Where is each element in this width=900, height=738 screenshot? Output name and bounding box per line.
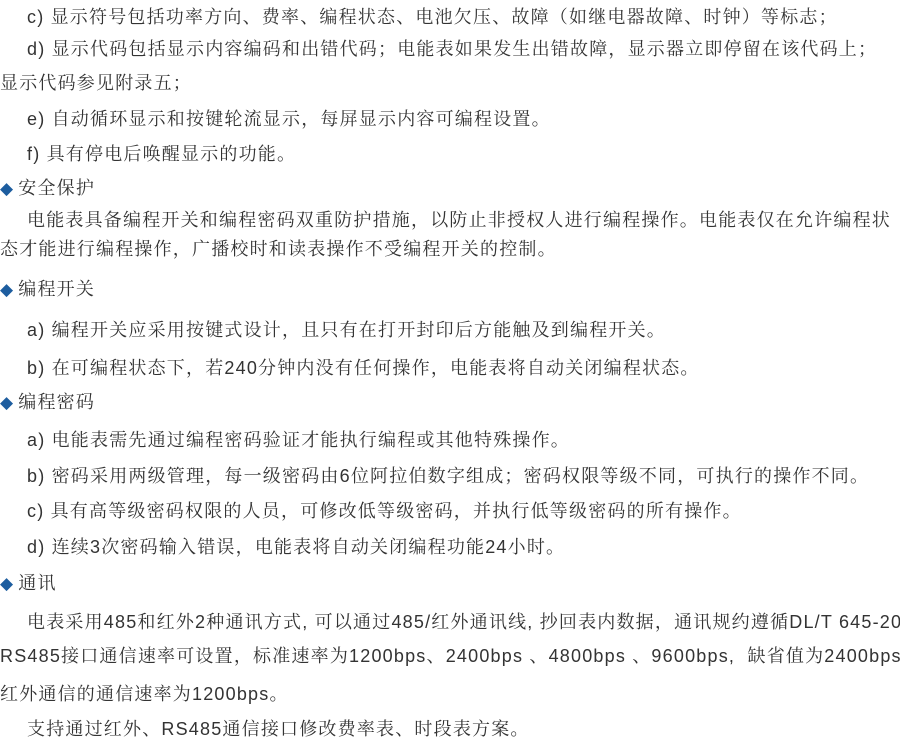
text-line: d) 连续3次密码输入错误，电能表将自动关闭编程功能24小时。 (0, 535, 900, 559)
diamond-bullet-icon: ◆ (0, 393, 14, 412)
text-line-content: d) 显示代码包括显示内容编码和出错代码；电能表如果发生出错故障，显示器立即停留… (27, 39, 877, 59)
text-line-content: b) 在可编程状态下，若240分钟内没有任何操作，电能表将自动关闭编程状态。 (27, 358, 700, 378)
text-line-content: 支持通过红外、RS485通信接口修改费率表、时段表方案。 (27, 719, 530, 738)
text-line: b) 密码采用两级管理，每一级密码由6位阿拉伯数字组成；密码权限等级不同，可执行… (0, 464, 900, 488)
diamond-bullet-icon: ◆ (0, 280, 14, 299)
text-line: 电表采用485和红外2种通讯方式, 可以通过485/红外通讯线, 抄回表内数据，… (0, 610, 900, 634)
text-line-content: c) 显示符号包括功率方向、费率、编程状态、电池欠压、故障（如继电器故障、时钟）… (27, 7, 838, 27)
text-line-content: a) 编程开关应采用按键式设计，且只有在打开封印后方能触及到编程开关。 (27, 320, 666, 340)
section-heading-label: 编程开关 (18, 279, 95, 299)
text-line: c) 显示符号包括功率方向、费率、编程状态、电池欠压、故障（如继电器故障、时钟）… (0, 5, 900, 29)
text-line-content: 红外通信的通信速率为1200bps。 (0, 684, 289, 704)
text-line: a) 电能表需先通过编程密码验证才能执行编程或其他特殊操作。 (0, 428, 900, 452)
diamond-bullet-icon: ◆ (0, 574, 14, 593)
document-page: c) 显示符号包括功率方向、费率、编程状态、电池欠压、故障（如继电器故障、时钟）… (0, 0, 900, 738)
section-heading: ◆安全保护 (0, 176, 900, 200)
text-line: a) 编程开关应采用按键式设计，且只有在打开封印后方能触及到编程开关。 (0, 318, 900, 342)
text-line-content: f) 具有停电后唤醒显示的功能。 (27, 144, 296, 164)
text-line: c) 具有高等级密码权限的人员，可修改低等级密码，并执行低等级密码的所有操作。 (0, 499, 900, 523)
text-line-content: 态才能进行编程操作，广播校时和读表操作不受编程开关的控制。 (0, 239, 557, 259)
text-line-content: 显示代码参见附录五； (0, 73, 192, 93)
text-line: 态才能进行编程操作，广播校时和读表操作不受编程开关的控制。 (0, 237, 900, 261)
section-heading: ◆编程密码 (0, 390, 900, 414)
text-line: 支持通过红外、RS485通信接口修改费率表、时段表方案。 (0, 717, 900, 738)
section-heading-label: 安全保护 (18, 178, 95, 198)
text-line: 电能表具备编程开关和编程密码双重防护措施，以防止非授权人进行编程操作。电能表仅在… (0, 208, 900, 232)
text-line: 显示代码参见附录五； (0, 71, 900, 95)
text-line-content: e) 自动循环显示和按键轮流显示，每屏显示内容可编程设置。 (27, 109, 551, 129)
section-heading-label: 编程密码 (18, 392, 95, 412)
section-heading-label: 通讯 (18, 573, 56, 593)
text-line: d) 显示代码包括显示内容编码和出错代码；电能表如果发生出错故障，显示器立即停留… (0, 37, 900, 61)
diamond-bullet-icon: ◆ (0, 179, 14, 198)
text-line: RS485接口通信速率可设置，标准速率为1200bps、2400bps 、480… (0, 644, 900, 668)
text-line-content: a) 电能表需先通过编程密码验证才能执行编程或其他特殊操作。 (27, 430, 570, 450)
text-line-content: RS485接口通信速率可设置，标准速率为1200bps、2400bps 、480… (0, 646, 900, 666)
text-line-content: 电表采用485和红外2种通讯方式, 可以通过485/红外通讯线, 抄回表内数据，… (27, 612, 900, 632)
text-line-content: d) 连续3次密码输入错误，电能表将自动关闭编程功能24小时。 (27, 537, 565, 557)
section-heading: ◆编程开关 (0, 277, 900, 301)
text-line: f) 具有停电后唤醒显示的功能。 (0, 142, 900, 166)
text-line: e) 自动循环显示和按键轮流显示，每屏显示内容可编程设置。 (0, 107, 900, 131)
text-line: 红外通信的通信速率为1200bps。 (0, 682, 900, 706)
section-heading: ◆通讯 (0, 571, 900, 595)
text-line-content: c) 具有高等级密码权限的人员，可修改低等级密码，并执行低等级密码的所有操作。 (27, 501, 742, 521)
text-line-content: b) 密码采用两级管理，每一级密码由6位阿拉伯数字组成；密码权限等级不同，可执行… (27, 466, 869, 486)
text-line: b) 在可编程状态下，若240分钟内没有任何操作，电能表将自动关闭编程状态。 (0, 356, 900, 380)
text-line-content: 电能表具备编程开关和编程密码双重防护措施，以防止非授权人进行编程操作。电能表仅在… (27, 210, 891, 230)
